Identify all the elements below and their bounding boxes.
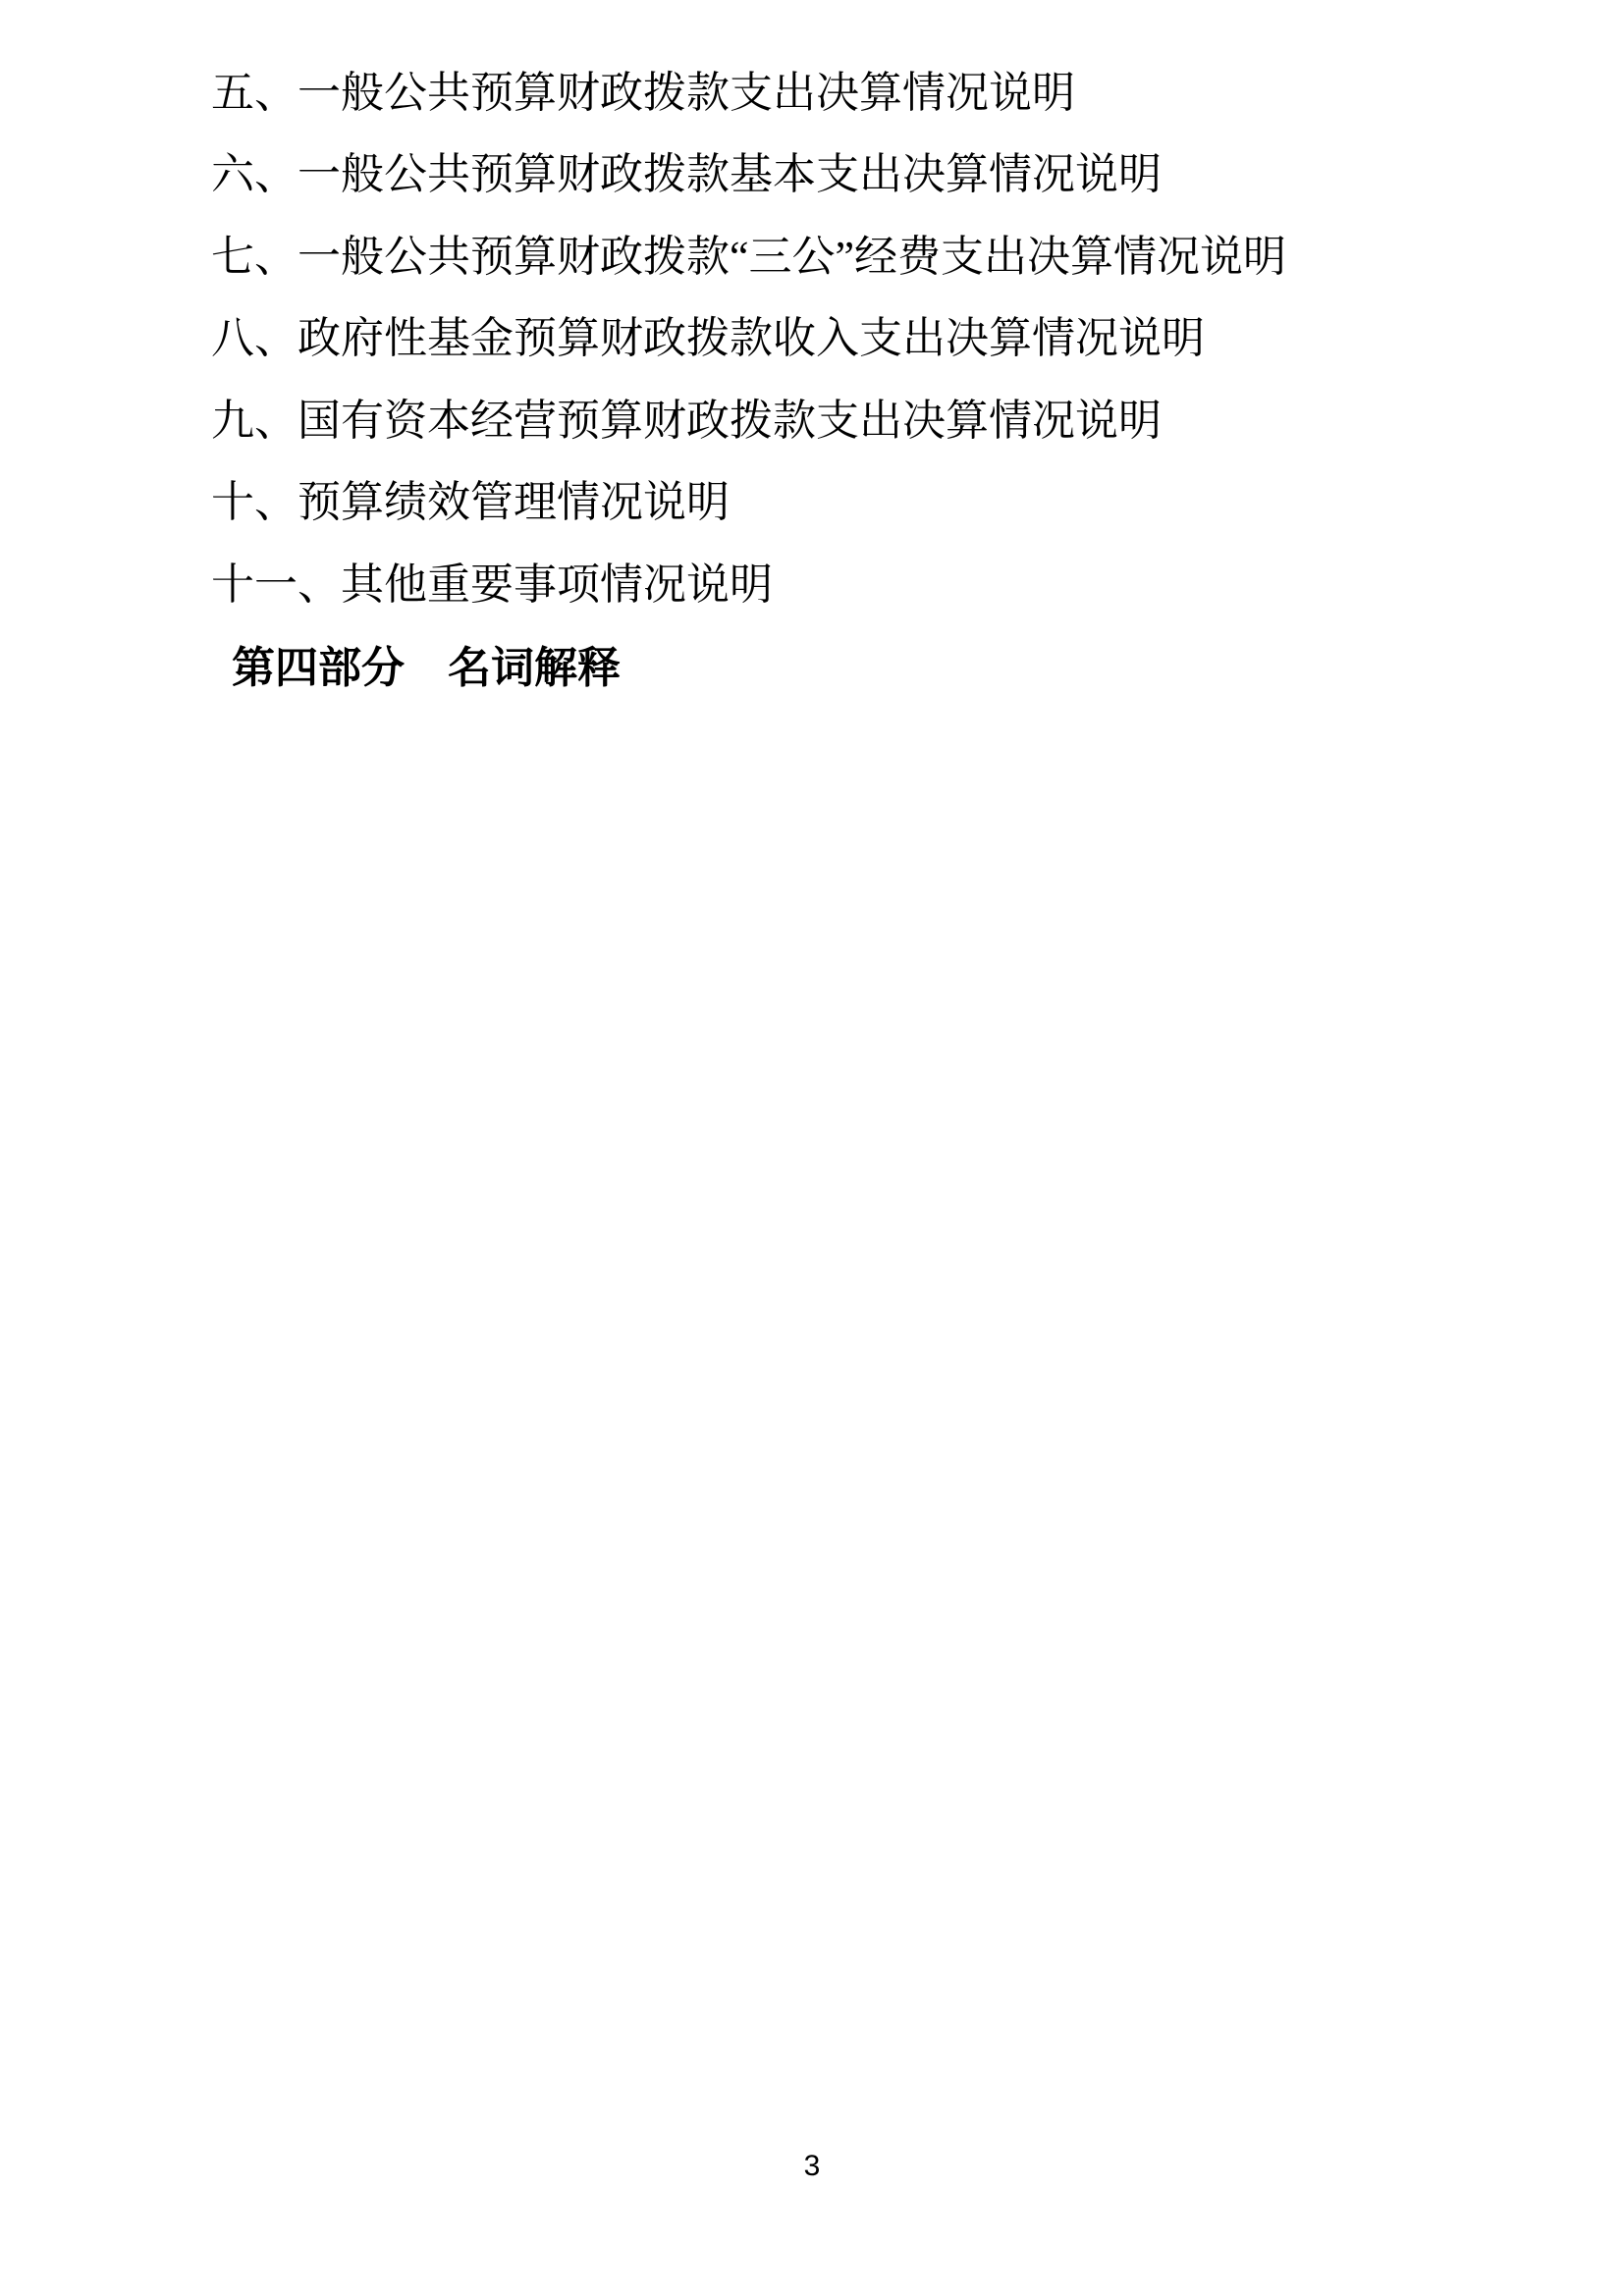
page-footer: 3 (0, 2152, 1624, 2181)
document-page: 五、一般公共预算财政拨款支出决算情况说明 六、一般公共预算财政拨款基本支出决算情… (0, 0, 1624, 2296)
toc-item: 十一、其他重要事项情况说明 (211, 563, 773, 607)
toc-item: 六、一般公共预算财政拨款基本支出决算情况说明 (211, 153, 1162, 196)
toc-item: 五、一般公共预算财政拨款支出决算情况说明 (211, 72, 1075, 115)
toc-item: 七、一般公共预算财政拨款“三公”经费支出决算情况说明 (211, 236, 1286, 279)
toc-item: 九、国有资本经营预算财政拨款支出决算情况说明 (211, 400, 1162, 443)
toc-item: 八、政府性基金预算财政拨款收入支出决算情况说明 (211, 317, 1205, 360)
section-heading: 第四部分 名词解释 (232, 646, 621, 691)
page-number: 3 (804, 2150, 821, 2182)
toc-item: 十、预算绩效管理情况说明 (211, 481, 730, 524)
